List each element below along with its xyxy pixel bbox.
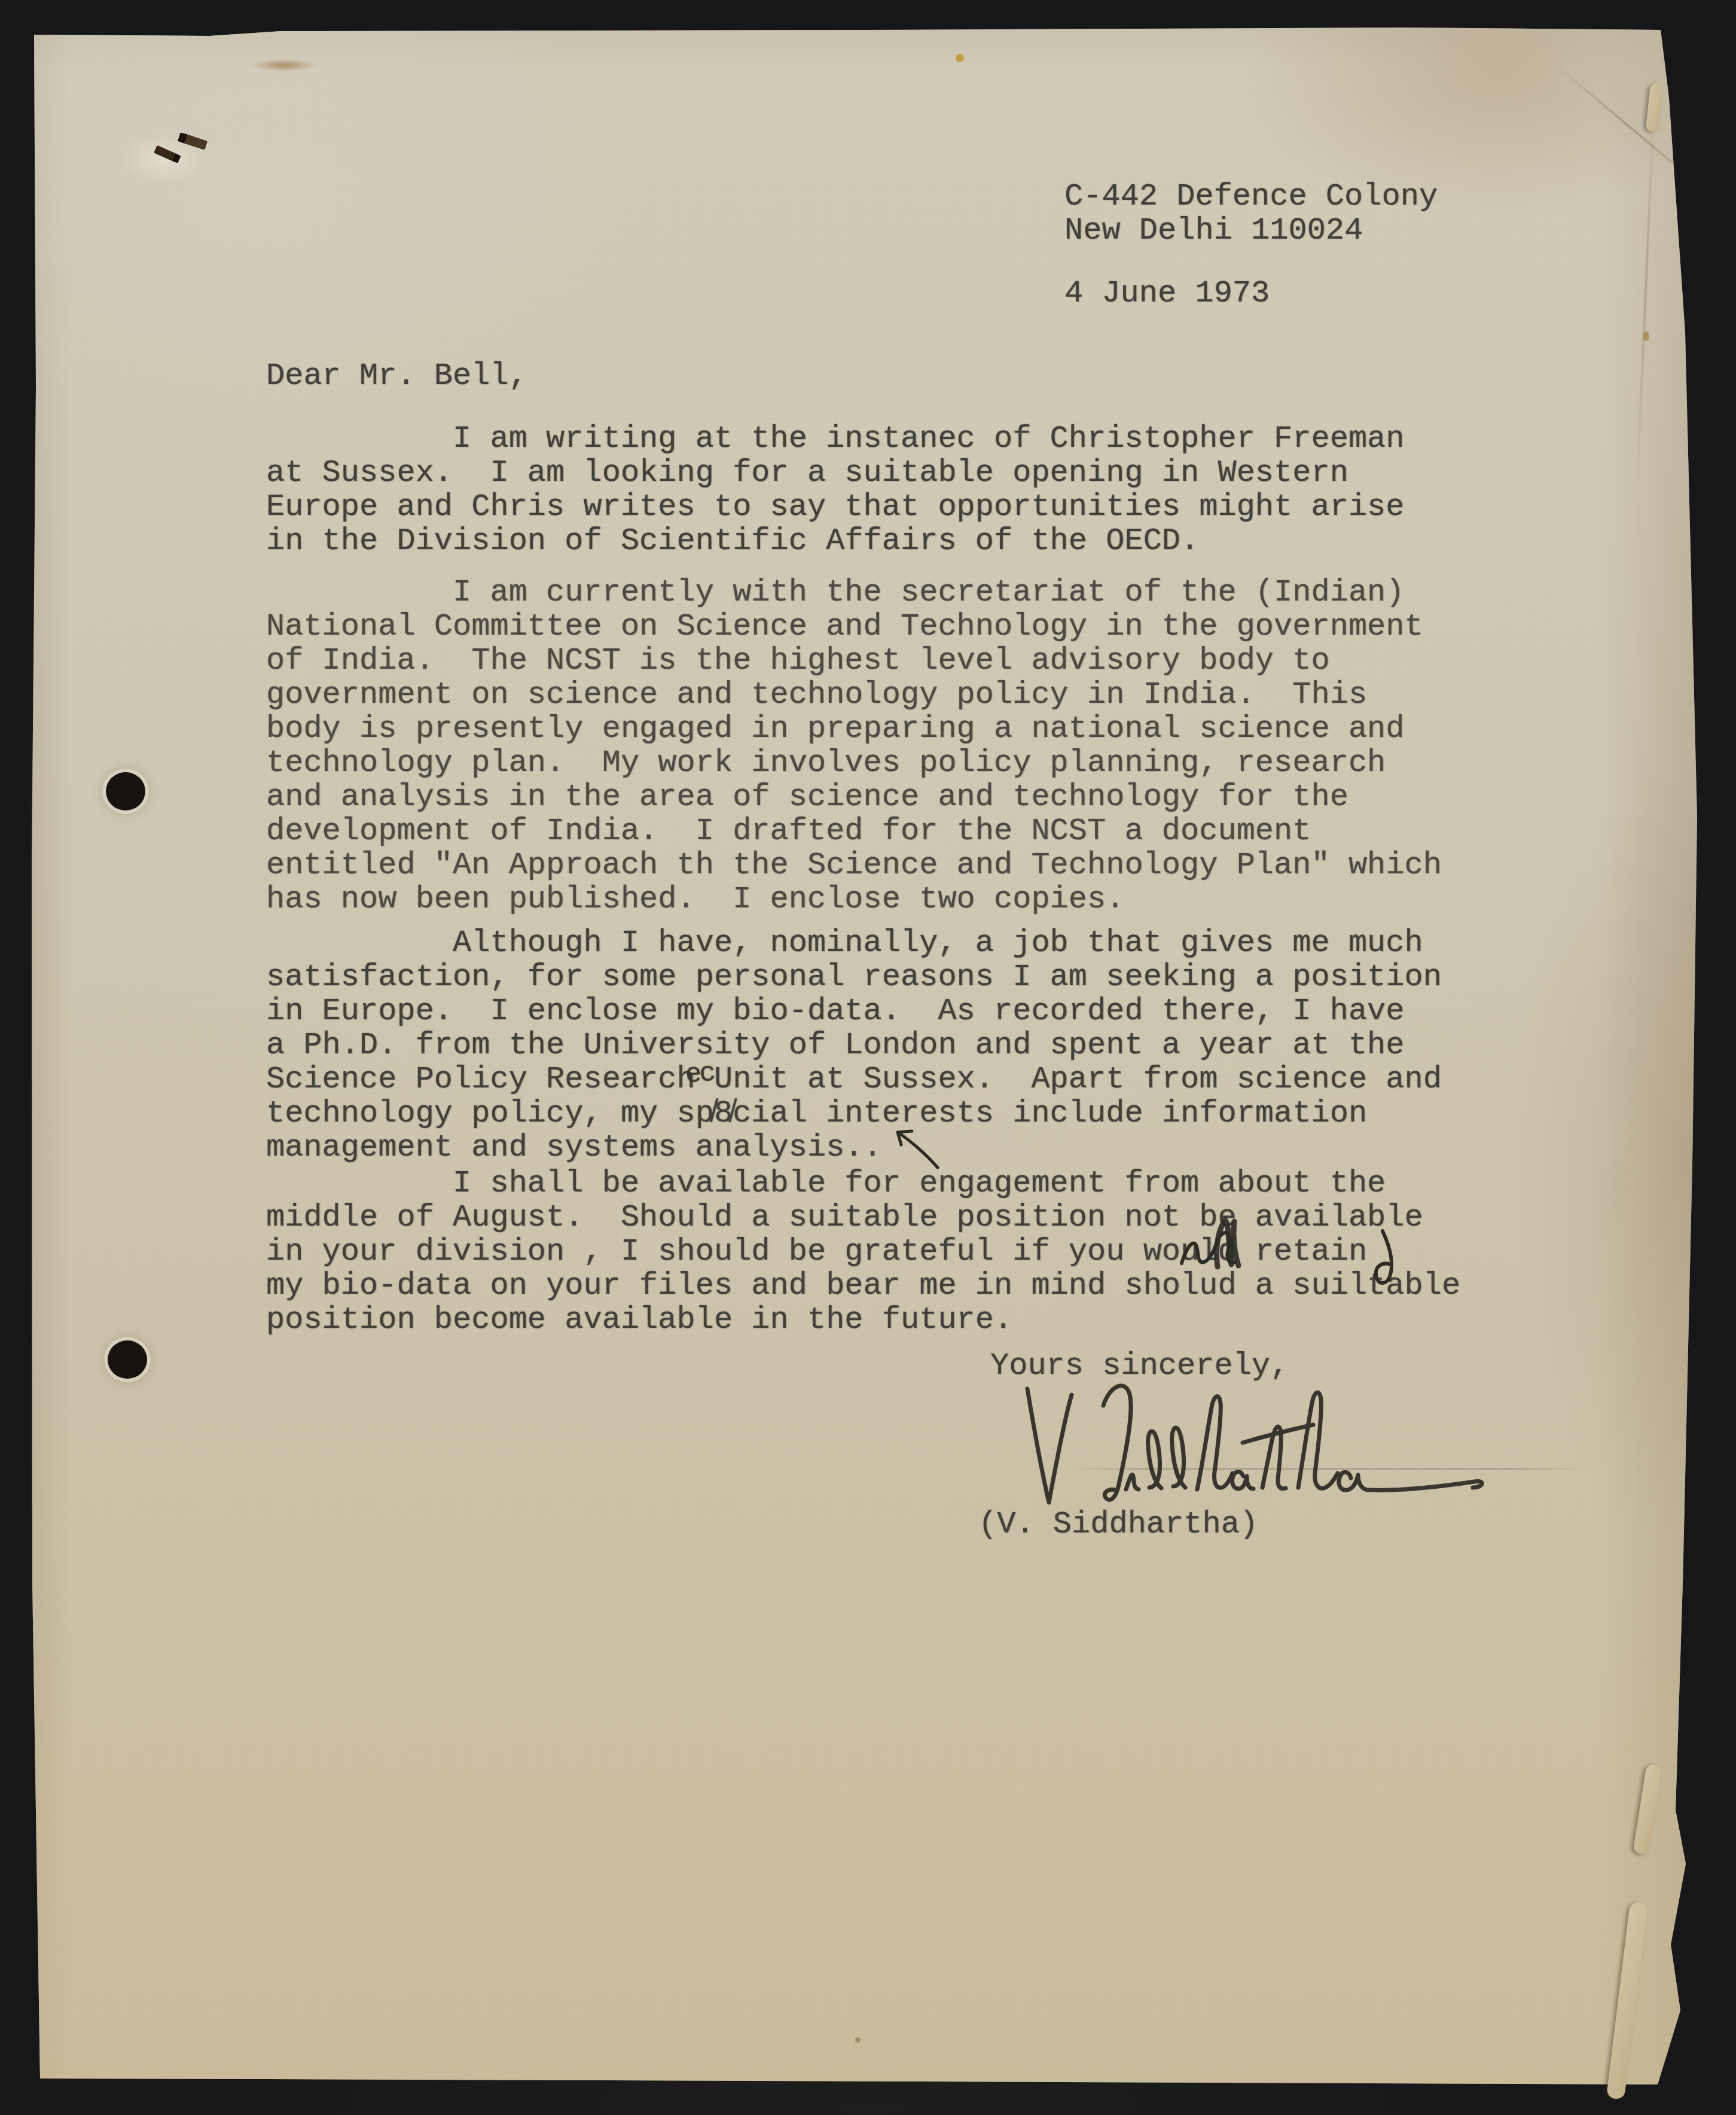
- letter-date: 4 June 1973: [1064, 276, 1270, 310]
- typed-line: and analysis in the area of science and …: [266, 780, 1442, 814]
- typed-line: I am writing at the instanec of Christop…: [266, 422, 1405, 456]
- typed-line: in the Division of Scientific Affairs of…: [266, 524, 1405, 558]
- corner-fold-crease: [1551, 60, 1708, 193]
- typed-line: a Ph.D. from the University of London an…: [266, 1028, 1442, 1062]
- typed-line: Although I have, nominally, a job that g…: [266, 926, 1442, 960]
- typed-line: development of India. I drafted for the …: [266, 814, 1442, 848]
- scan-artifact-line: [1070, 1468, 1585, 1470]
- salutation: Dear Mr. Bell,: [266, 359, 527, 393]
- paragraph-1: I am writing at the instanec of Christop…: [266, 422, 1405, 558]
- typed-line: management and systems analysis..: [266, 1130, 1442, 1165]
- typed-line: government on science and technology pol…: [266, 678, 1442, 712]
- typed-line: C-442 Defence Colony: [1064, 179, 1438, 214]
- typed-line: National Committee on Science and Techno…: [266, 609, 1442, 644]
- typed-line: Science Policy Research Unit at Sussex. …: [266, 1062, 1442, 1096]
- typed-line: in Europe. I enclose my bio-data. As rec…: [266, 994, 1442, 1028]
- paragraph-4: I shall be available for engagement from…: [266, 1166, 1460, 1337]
- typed-line: at Sussex. I am looking for a suitable o…: [266, 456, 1405, 490]
- paragraph-2: I am currently with the secretariat of t…: [266, 575, 1442, 916]
- typed-line: position become available in the future.: [266, 1303, 1460, 1337]
- typed-signature-name: (V. Siddhartha): [978, 1507, 1258, 1541]
- typed-line: I am currently with the secretariat of t…: [266, 575, 1442, 609]
- punch-hole-bottom: [108, 1340, 147, 1379]
- overtype-correction-ec: ec: [684, 1057, 715, 1090]
- typed-line: I shall be available for engagement from…: [266, 1166, 1460, 1200]
- typed-line: entitled "An Approach th the Science and…: [266, 848, 1442, 882]
- closing: Yours sincerely,: [990, 1349, 1289, 1383]
- scanner-background: C-442 Defence ColonyNew Delhi 110024 4 J…: [0, 0, 1736, 2115]
- typed-line: my bio-data on your files and bear me in…: [266, 1269, 1460, 1303]
- typed-line: technology plan. My work involves policy…: [266, 746, 1442, 780]
- typed-line: technology policy, my sp̸8̸cial interest…: [266, 1096, 1442, 1130]
- typed-line: satisfaction, for some personal reasons …: [266, 960, 1442, 994]
- typed-line: New Delhi 110024: [1064, 214, 1438, 248]
- typed-line: has now been published. I enclose two co…: [266, 882, 1442, 916]
- typed-line: of India. The NCST is the highest level …: [266, 644, 1442, 678]
- typed-line: middle of August. Should a suitable posi…: [266, 1200, 1460, 1235]
- typed-line: in your division , I should be grateful …: [266, 1235, 1460, 1269]
- paper-speck: [956, 54, 964, 62]
- rust-stain: [251, 59, 317, 72]
- edge-crease: [1636, 99, 1655, 482]
- typed-line: body is presently engaged in preparing a…: [266, 712, 1442, 746]
- punch-hole-top: [106, 772, 145, 810]
- paper-speck: [855, 2037, 861, 2043]
- paragraph-3: Although I have, nominally, a job that g…: [266, 926, 1442, 1165]
- typed-line: Europe and Chris writes to say that oppo…: [266, 490, 1405, 524]
- sender-address: C-442 Defence ColonyNew Delhi 110024: [1064, 179, 1438, 248]
